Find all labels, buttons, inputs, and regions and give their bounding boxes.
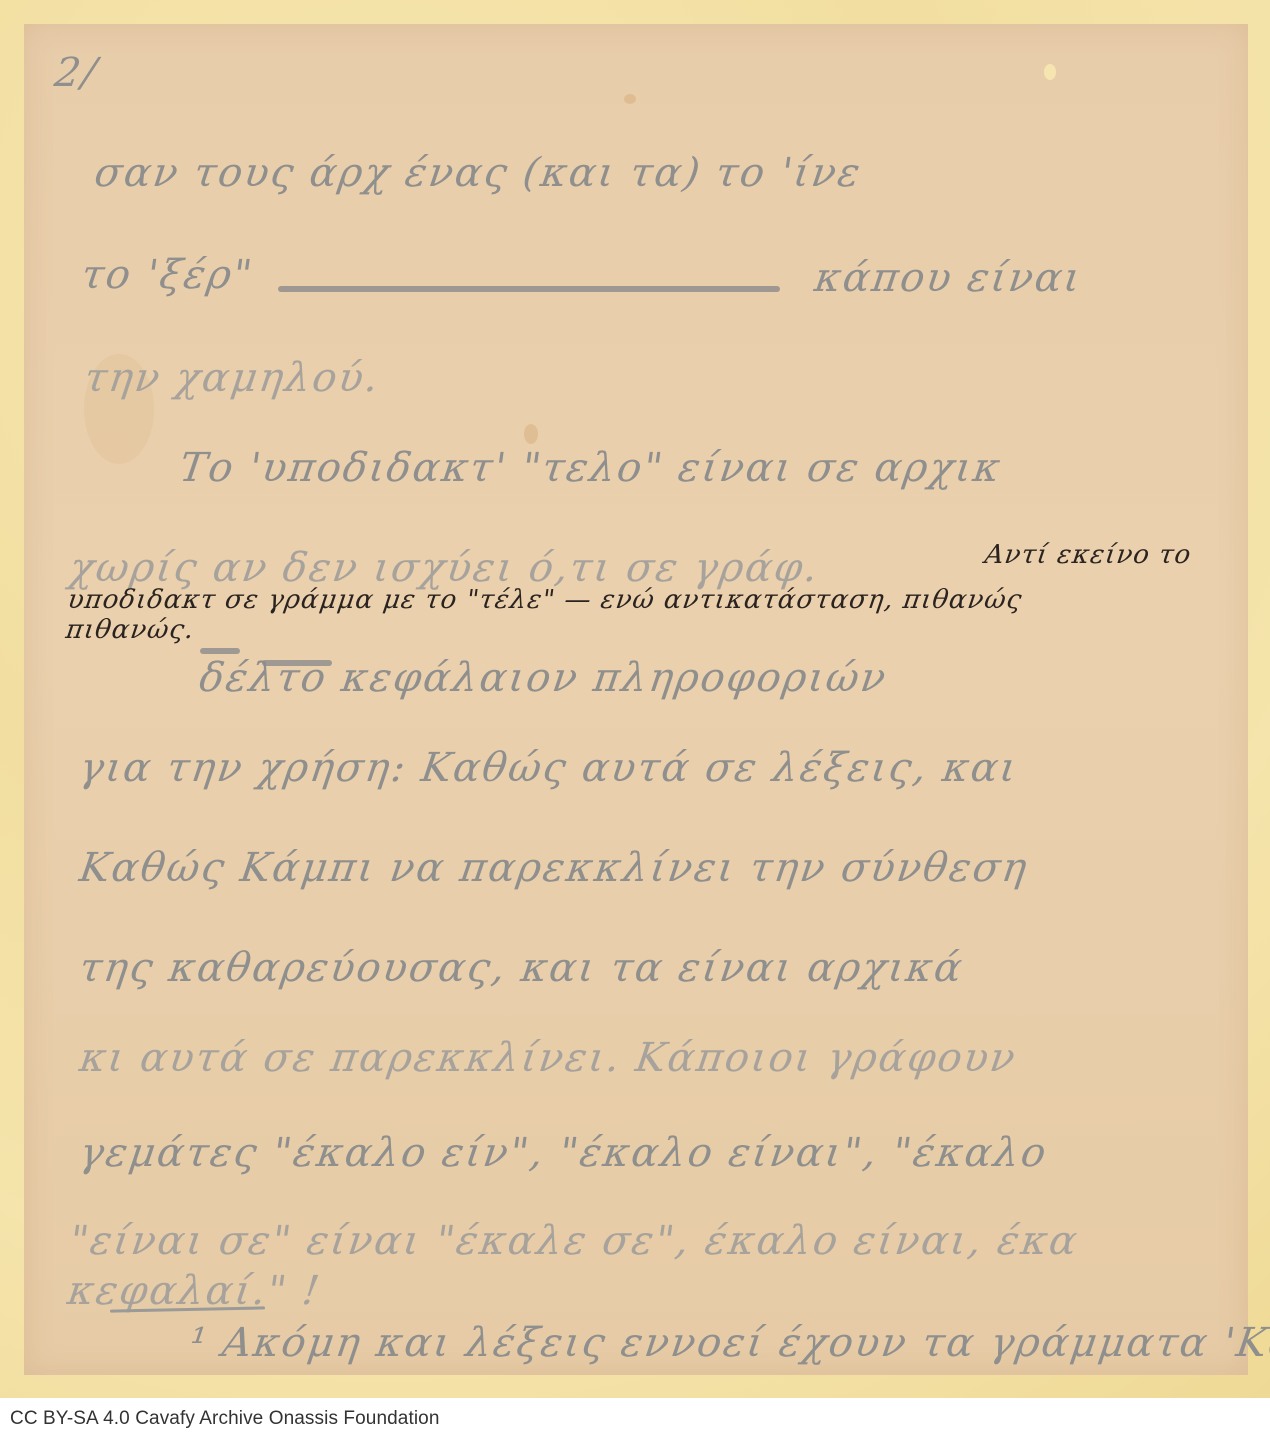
handwritten-line: για την χρήση: Καθώς αυτά σε λέξεις, και: [77, 745, 1021, 791]
handwritten-line: υποδιδακτ σε γράμμα με το "τέλε" — ενώ α…: [66, 585, 1024, 615]
strikethrough-mark: [200, 648, 240, 654]
strikethrough-mark: [262, 660, 332, 666]
handwritten-line: ¹ Ακόμη και λέξεις εννοεί έχουν τα γράμμ…: [187, 1320, 1270, 1366]
handwritten-line: γεμάτες "έκαλο είν", "έκαλο είναι", "έκα…: [77, 1130, 1051, 1176]
handwritten-line: το 'ξέρ": [79, 252, 257, 298]
image-credit: CC BY-SA 4.0 Cavafy Archive Onassis Foun…: [10, 1408, 440, 1430]
handwritten-line: κάπου είναι: [812, 255, 1085, 301]
foxing-stain: [524, 424, 538, 444]
paper-hole: [1044, 64, 1056, 80]
handwritten-line: της καθαρεύουσας, και τα είναι αρχικά: [77, 945, 967, 991]
handwritten-line: Καθώς Κάμπι να παρεκκλίνει την σύνθεση: [77, 845, 1032, 891]
handwritten-line: "είναι σε" είναι "έκαλε σε", έκαλο είναι…: [67, 1218, 1082, 1264]
handwritten-line: κι αυτά σε παρεκκλίνει. Κάποιοι γράφουν: [77, 1035, 1020, 1081]
handwritten-line: πιθανώς.: [64, 615, 197, 645]
strikethrough-mark: [278, 286, 780, 292]
handwritten-line: Αντί εκείνο το: [983, 540, 1194, 570]
handwritten-line: Το 'υποδιδακτ' "τελο" είναι σε αρχικ: [177, 445, 1005, 491]
page-number-note: 2/: [52, 50, 101, 96]
handwritten-line: την χαμηλού.: [82, 355, 383, 401]
handwritten-line: σαν τους άρχ ένας (και τα) το 'ίνε: [92, 150, 865, 196]
foxing-stain: [624, 94, 636, 104]
